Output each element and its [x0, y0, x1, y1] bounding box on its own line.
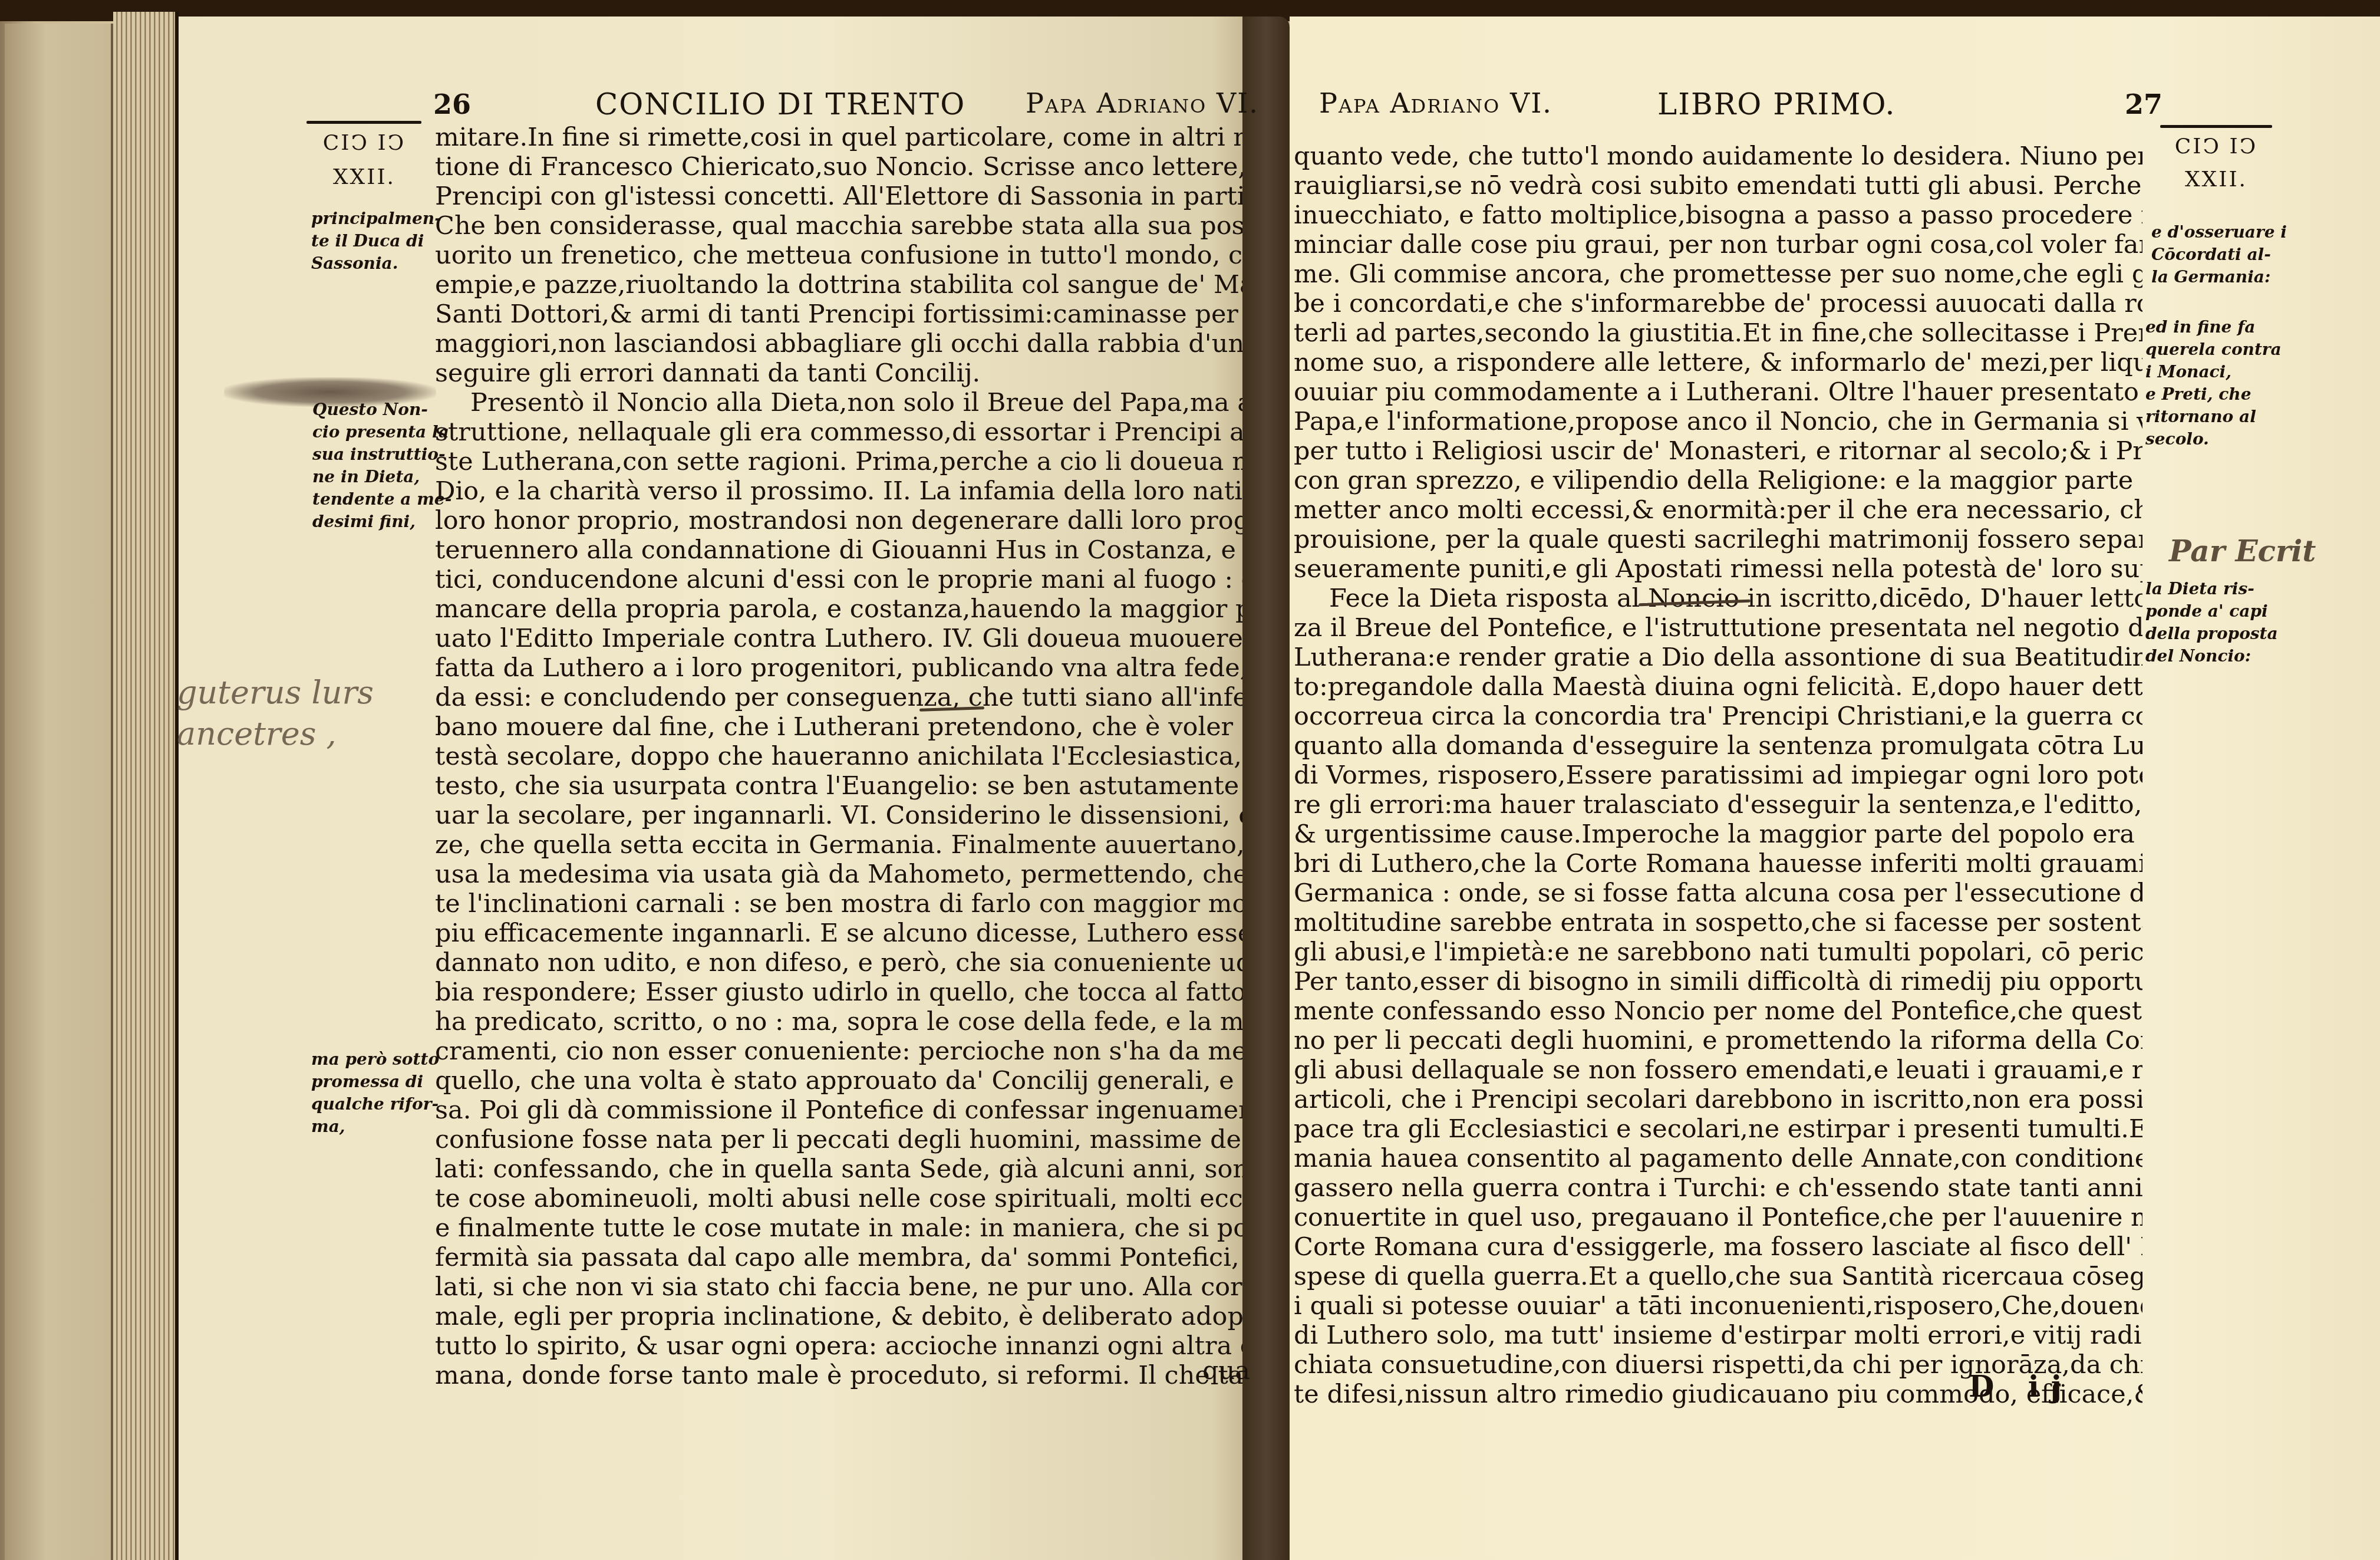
text-line: di Vormes, risposero,Essere paratissimi … — [1294, 761, 2142, 790]
text-line: bia respondere; Esser giusto udirlo in q… — [435, 978, 1242, 1007]
text-line: minciar dalle cose piu graui, per non tu… — [1294, 230, 2142, 259]
left-body-text: mitare.In fine si rimette,cosi in quel p… — [435, 123, 1242, 1390]
handwritten-annotation-left: guterus lurs ancetres , — [177, 672, 374, 755]
text-line: struttione, nellaquale gli era commesso,… — [435, 417, 1242, 447]
year-rule-left — [306, 121, 421, 124]
text-line: terli ad partes,secondo la giustitia.Et … — [1294, 318, 2142, 348]
text-line: lati: confessando, che in quella santa S… — [435, 1154, 1242, 1184]
text-line: Dio, e la charità verso il prossimo. II.… — [435, 476, 1242, 506]
text-line: no per li peccati degli huomini, e prome… — [1294, 1026, 2142, 1055]
text-line: confusione fosse nata per li peccati deg… — [435, 1125, 1242, 1154]
text-line: Presentò il Noncio alla Dieta,non solo i… — [435, 388, 1242, 417]
text-line: da essi: e concludendo per conseguenza, … — [435, 683, 1242, 712]
left-year-line1: CIↃ IↃ — [305, 131, 423, 155]
left-folio: 26 — [433, 88, 471, 120]
text-line: gassero nella guerra contra i Turchi: e … — [1294, 1173, 2142, 1203]
text-line: ouuiar piu commodamente a i Lutherani. O… — [1294, 377, 2142, 407]
text-line: lati, si che non vi sia stato chi faccia… — [435, 1272, 1242, 1302]
text-line: empie,e pazze,riuoltando la dottrina sta… — [435, 270, 1242, 300]
text-line: fatta da Luthero a i loro progenitori, p… — [435, 653, 1242, 683]
margin-note-riforma: ma però sotto promessa di qualche rifor-… — [311, 1048, 439, 1138]
text-line: piu efficacemente ingannarli. E se alcun… — [435, 919, 1242, 948]
text-line: ste Lutherana,con sette ragioni. Prima,p… — [435, 447, 1242, 476]
text-line: male, egli per propria inclinatione, & d… — [435, 1302, 1242, 1331]
text-line: ha predicato, scritto, o no : ma, sopra … — [435, 1007, 1242, 1036]
text-line: uorito un frenetico, che metteua confusi… — [435, 241, 1242, 270]
text-line: gli abusi,e l'impietà:e ne sarebbono nat… — [1294, 937, 2142, 967]
text-line: bano mouere dal fine, che i Lutherani pr… — [435, 712, 1242, 742]
text-line: Santi Dottori,& armi di tanti Prencipi f… — [435, 300, 1242, 329]
text-line: prouisione, per la quale questi sacrileg… — [1294, 525, 2142, 554]
book-cover-left — [5, 24, 113, 1560]
text-line: Germanica : onde, se si fosse fatta alcu… — [1294, 878, 2142, 908]
text-line: testà secolare, doppo che haueranno anic… — [435, 742, 1242, 771]
right-year-line2: XXII. — [2157, 167, 2275, 192]
text-line: testo, che sia usurpata contra l'Euangel… — [435, 771, 1242, 801]
text-line: & urgentissime cause.Imperoche la maggio… — [1294, 820, 2142, 849]
text-line: di Luthero solo, ma tutt' insieme d'esti… — [1294, 1321, 2142, 1350]
text-line: tione di Francesco Chiericato,suo Noncio… — [435, 152, 1242, 182]
text-line: i quali si potesse ouuiar' a tāti inconu… — [1294, 1291, 2142, 1321]
text-line: sa. Poi gli dà commissione il Pontefice … — [435, 1095, 1242, 1125]
text-line: mancare della propria parola, e costanza… — [435, 594, 1242, 624]
handwritten-annotation-right: Par Ecrit — [2169, 534, 2316, 568]
left-running-head-right: Papa Adriano VI. — [1026, 87, 1259, 119]
text-line: ze, che quella setta eccita in Germania.… — [435, 830, 1242, 860]
text-line: quanto alla domanda d'esseguire la sente… — [1294, 731, 2142, 761]
signature-mark: D ij — [1969, 1369, 2074, 1404]
text-line: per tutto i Religiosi uscir de' Monaster… — [1294, 436, 2142, 466]
year-rule-right — [2160, 125, 2272, 128]
margin-note-noncio: Questo Non- cio presenta la sua instrutt… — [312, 399, 451, 533]
text-line: nome suo, a rispondere alle lettere, & i… — [1294, 348, 2142, 377]
text-line: fermità sia passata dal capo alle membra… — [435, 1243, 1242, 1272]
text-line: tutto lo spirito, & usar ogni opera: acc… — [435, 1331, 1242, 1361]
text-line: be i concordati,e che s'informarebbe de'… — [1294, 289, 2142, 318]
text-line: seueramente puniti,e gli Apostati rimess… — [1294, 554, 2142, 584]
text-line: cramenti, cio non esser conueniente: per… — [435, 1036, 1242, 1066]
text-line: rauigliarsi,se nō vedrà cosi subito emen… — [1294, 171, 2142, 200]
text-line: pace tra gli Ecclesiastici e secolari,ne… — [1294, 1114, 2142, 1144]
text-line: metter anco molti eccessi,& enormità:per… — [1294, 495, 2142, 525]
text-line: uar la secolare, per ingannarli. VI. Con… — [435, 801, 1242, 830]
text-line: mania hauea consentito al pagamento dell… — [1294, 1144, 2142, 1173]
text-line: Corte Romana cura d'essiggerle, ma fosse… — [1294, 1232, 2142, 1262]
text-line: teruennero alla condannatione di Giouann… — [435, 535, 1242, 565]
right-running-head: LIBRO PRIMO. — [1657, 87, 1896, 121]
text-line: te l'inclinationi carnali : se ben mostr… — [435, 889, 1242, 919]
text-line: Papa,e l'informatione,propose anco il No… — [1294, 407, 2142, 436]
text-line: bri di Luthero,che la Corte Romana haues… — [1294, 849, 2142, 878]
book-gutter — [1242, 17, 1290, 1560]
text-line: quanto vede, che tutto'l mondo auidament… — [1294, 141, 2142, 171]
text-line: usa la medesima via usata già da Mahomet… — [435, 860, 1242, 889]
text-line: za il Breue del Pontefice, e l'istruttut… — [1294, 613, 2142, 643]
text-line: uato l'Editto Imperiale contra Luthero. … — [435, 624, 1242, 653]
margin-note-monaci: ed in fine fa querela contra i Monaci, e… — [2145, 316, 2282, 450]
text-line: maggiori,non lasciandosi abbagliare gli … — [435, 329, 1242, 358]
text-line: conuertite in quel uso, pregauano il Pon… — [1294, 1203, 2142, 1232]
text-line: spese di quella guerra.Et a quello,che s… — [1294, 1262, 2142, 1291]
text-line: to:pregandole dalla Maestà diuina ogni f… — [1294, 672, 2142, 702]
text-line: me. Gli commise ancora, che promettesse … — [1294, 259, 2142, 289]
right-running-head-left: Papa Adriano VI. — [1319, 87, 1552, 119]
text-line: Che ben considerasse, qual macchia sareb… — [435, 211, 1242, 241]
text-line: e finalmente tutte le cose mutate in mal… — [435, 1213, 1242, 1243]
text-line: Lutherana:e render gratie a Dio della as… — [1294, 643, 2142, 672]
margin-note-dieta: la Dieta ris- ponde a' capi della propos… — [2145, 578, 2278, 667]
text-line: re gli errori:ma hauer tralasciato d'ess… — [1294, 790, 2142, 820]
text-line: mana, donde forse tanto male è proceduto… — [435, 1361, 1242, 1390]
text-line: Prencipi con gl'istessi concetti. All'El… — [435, 182, 1242, 211]
left-running-head: CONCILIO DI TRENTO — [595, 87, 965, 121]
right-year-line1: CIↃ IↃ — [2157, 134, 2275, 159]
right-body-text: quanto vede, che tutto'l mondo auidament… — [1294, 141, 2142, 1409]
text-line: occorreua circa la concordia tra' Prenci… — [1294, 702, 2142, 731]
margin-note-concordati: e d'osseruare i Cōcordati al- la Germani… — [2151, 221, 2287, 288]
text-line: mente confessando esso Noncio per nome d… — [1294, 996, 2142, 1026]
margin-note-duca: principalmen- te il Duca di Sassonia. — [311, 208, 441, 275]
text-line: moltitudine sarebbe entrata in sospetto,… — [1294, 908, 2142, 937]
left-year-line2: XXII. — [305, 165, 423, 189]
text-line: te cose abomineuoli, molti abusi nelle c… — [435, 1184, 1242, 1213]
text-line: inuecchiato, e fatto moltiplice,bisogna … — [1294, 200, 2142, 230]
page-edges-stack — [113, 12, 179, 1560]
text-line: loro honor proprio, mostrandosi non dege… — [435, 506, 1242, 535]
text-line: quello, che una volta è stato approuato … — [435, 1066, 1242, 1095]
right-folio: 27 — [2125, 88, 2163, 120]
text-line: mitare.In fine si rimette,cosi in quel p… — [435, 123, 1242, 152]
left-catchword: qua — [1202, 1356, 1250, 1385]
text-line: gli abusi dellaquale se non fossero emen… — [1294, 1055, 2142, 1085]
text-line: dannato non udito, e non difeso, e però,… — [435, 948, 1242, 978]
text-line: articoli, che i Prencipi secolari darebb… — [1294, 1085, 2142, 1114]
text-line: Per tanto,esser di bisogno in simili dif… — [1294, 967, 2142, 996]
text-line: con gran sprezzo, e vilipendio della Rel… — [1294, 466, 2142, 495]
text-line: tici, conducendone alcuni d'essi con le … — [435, 565, 1242, 594]
text-line: seguire gli errori dannati da tanti Conc… — [435, 358, 1242, 388]
text-line: Fece la Dieta risposta al Noncio in iscr… — [1294, 584, 2142, 613]
